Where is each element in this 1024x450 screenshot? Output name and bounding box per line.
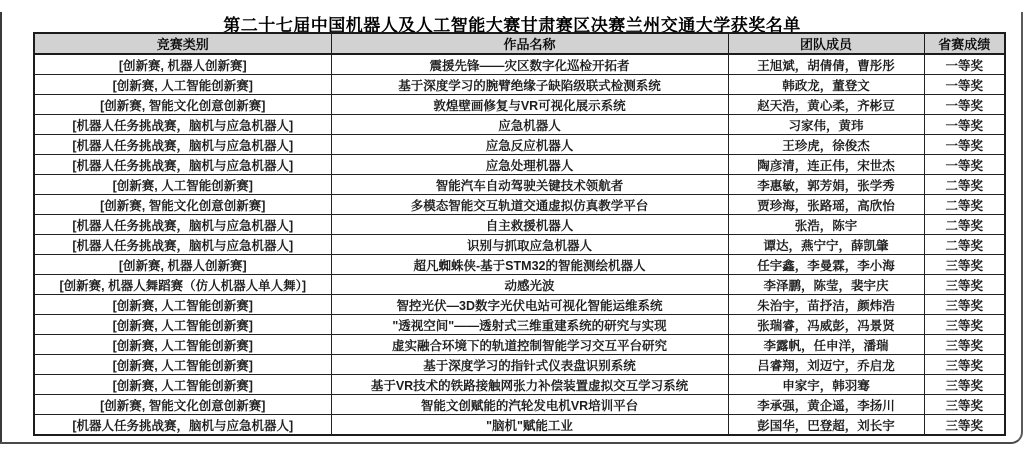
cell-category: [创新赛, 机器人舞蹈赛（仿人机器人单人舞）] bbox=[34, 275, 331, 295]
cell-category: [创新赛, 智能文化创意创新赛] bbox=[34, 195, 331, 215]
cell-award: 一等奖 bbox=[924, 75, 1005, 95]
cell-work-name: 基于VR技术的铁路接触网张力补偿装置虚拟交互学习系统 bbox=[331, 375, 728, 395]
cell-category: [创新赛, 人工智能创新赛] bbox=[34, 295, 331, 315]
cell-team-members: 王旭斌，胡倩倩，曹彤彤 bbox=[728, 54, 924, 75]
cell-category: [机器人任务挑战赛，脑机与应急机器人] bbox=[34, 135, 331, 155]
cell-work-name: 动感光波 bbox=[331, 275, 728, 295]
cell-category: [创新赛, 智能文化创意创新赛] bbox=[34, 95, 331, 115]
cell-category: [机器人任务挑战赛，脑机与应急机器人] bbox=[34, 215, 331, 235]
table-row: [创新赛, 机器人创新赛]超凡蜘蛛侠-基于STM32的智能测绘机器人任宇鑫，李曼… bbox=[34, 255, 1005, 275]
table-row: [创新赛, 机器人创新赛]震援先锋——灾区数字化巡检开拓者王旭斌，胡倩倩，曹彤彤… bbox=[34, 54, 1005, 75]
cell-category: [机器人任务挑战赛，脑机与应急机器人] bbox=[34, 235, 331, 255]
cell-team-members: 贾珍海，张路瑶，高欣怡 bbox=[728, 195, 924, 215]
cell-team-members: 李露帆，任申洋，潘瑞 bbox=[728, 335, 924, 355]
cell-category: [机器人任务挑战赛，脑机与应急机器人] bbox=[34, 415, 331, 436]
cell-work-name: 基于深度学习的指针式仪表盘识别系统 bbox=[331, 355, 728, 375]
cell-team-members: 张瑞睿，冯威彭，冯景贤 bbox=[728, 315, 924, 335]
column-header-category: 竞赛类别 bbox=[34, 33, 331, 54]
cell-team-members: 谭达，燕宁宁，薛凯肇 bbox=[728, 235, 924, 255]
cell-award: 二等奖 bbox=[924, 215, 1005, 235]
cell-team-members: 吕睿翔，刘迈宁，乔启龙 bbox=[728, 355, 924, 375]
cell-team-members: 王珍虎，徐俊杰 bbox=[728, 135, 924, 155]
cell-team-members: 习家伟，黄玮 bbox=[728, 115, 924, 135]
cell-category: [创新赛, 人工智能创新赛] bbox=[34, 175, 331, 195]
cell-award: 三等奖 bbox=[924, 355, 1005, 375]
table-row: [创新赛, 人工智能创新赛]基于深度学习的指针式仪表盘识别系统吕睿翔，刘迈宁，乔… bbox=[34, 355, 1005, 375]
cell-team-members: 朱治宇，苗抒洁，颜炜浩 bbox=[728, 295, 924, 315]
cell-award: 一等奖 bbox=[924, 135, 1005, 155]
award-list-page: 第二十七届中国机器人及人工智能大赛甘肃赛区决赛兰州交通大学获奖名单 竞赛类别 作… bbox=[0, 0, 1024, 450]
cell-award: 一等奖 bbox=[924, 155, 1005, 175]
cell-work-name: 应急机器人 bbox=[331, 115, 728, 135]
cell-team-members: 韩政龙，董登文 bbox=[728, 75, 924, 95]
table-body: [创新赛, 机器人创新赛]震援先锋——灾区数字化巡检开拓者王旭斌，胡倩倩，曹彤彤… bbox=[34, 54, 1005, 435]
cell-award: 一等奖 bbox=[924, 95, 1005, 115]
cell-work-name: 智能汽车自动驾驶关键技术领航者 bbox=[331, 175, 728, 195]
cell-award: 三等奖 bbox=[924, 255, 1005, 275]
cell-work-name: 震援先锋——灾区数字化巡检开拓者 bbox=[331, 54, 728, 75]
cell-category: [创新赛, 人工智能创新赛] bbox=[34, 335, 331, 355]
cell-category: [创新赛, 人工智能创新赛] bbox=[34, 355, 331, 375]
award-table: 竞赛类别 作品名称 团队成员 省赛成绩 [创新赛, 机器人创新赛]震援先锋——灾… bbox=[33, 32, 1006, 436]
table-row: [机器人任务挑战赛，脑机与应急机器人]应急反应机器人王珍虎，徐俊杰一等奖 bbox=[34, 135, 1005, 155]
table-row: [创新赛, 人工智能创新赛]"透视空间"——透射式三维重建系统的研究与实现张瑞睿… bbox=[34, 315, 1005, 335]
cell-team-members: 任宇鑫，李曼霖，李小海 bbox=[728, 255, 924, 275]
cell-award: 三等奖 bbox=[924, 395, 1005, 415]
cell-work-name: 超凡蜘蛛侠-基于STM32的智能测绘机器人 bbox=[331, 255, 728, 275]
table-row: [机器人任务挑战赛，脑机与应急机器人]"脑机"赋能工业彭国华，巴登超，刘长宇三等… bbox=[34, 415, 1005, 436]
cell-category: [创新赛, 机器人创新赛] bbox=[34, 255, 331, 275]
cell-category: [创新赛, 智能文化创意创新赛] bbox=[34, 395, 331, 415]
column-header-award: 省赛成绩 bbox=[924, 33, 1005, 54]
cell-award: 三等奖 bbox=[924, 335, 1005, 355]
table-row: [创新赛, 智能文化创意创新赛]敦煌壁画修复与VR可视化展示系统赵天浩，黄心柔，… bbox=[34, 95, 1005, 115]
table-row: [创新赛, 智能文化创意创新赛]多模态智能交互轨道交通虚拟仿真教学平台贾珍海，张… bbox=[34, 195, 1005, 215]
cell-work-name: 识别与抓取应急机器人 bbox=[331, 235, 728, 255]
table-row: [机器人任务挑战赛，脑机与应急机器人]应急处理机器人陶彦清，连正伟，宋世杰一等奖 bbox=[34, 155, 1005, 175]
cell-award: 三等奖 bbox=[924, 315, 1005, 335]
cell-team-members: 赵天浩，黄心柔，齐彬豆 bbox=[728, 95, 924, 115]
cell-work-name: 基于深度学习的腕臂绝缘子缺陷级联式检测系统 bbox=[331, 75, 728, 95]
cell-category: [创新赛, 人工智能创新赛] bbox=[34, 375, 331, 395]
cell-work-name: 敦煌壁画修复与VR可视化展示系统 bbox=[331, 95, 728, 115]
table-row: [机器人任务挑战赛，脑机与应急机器人]识别与抓取应急机器人谭达，燕宁宁，薛凯肇二… bbox=[34, 235, 1005, 255]
cell-work-name: 自主救援机器人 bbox=[331, 215, 728, 235]
cell-team-members: 李惠敏，郭芳娟，张学秀 bbox=[728, 175, 924, 195]
cell-award: 二等奖 bbox=[924, 235, 1005, 255]
cell-award: 三等奖 bbox=[924, 275, 1005, 295]
cell-team-members: 陶彦清，连正伟，宋世杰 bbox=[728, 155, 924, 175]
cell-category: [创新赛, 人工智能创新赛] bbox=[34, 315, 331, 335]
column-header-work: 作品名称 bbox=[331, 33, 728, 54]
cell-team-members: 李承强，黄企遥，李扬川 bbox=[728, 395, 924, 415]
table-row: [创新赛, 人工智能创新赛]基于深度学习的腕臂绝缘子缺陷级联式检测系统韩政龙，董… bbox=[34, 75, 1005, 95]
table-row: [机器人任务挑战赛，脑机与应急机器人]应急机器人习家伟，黄玮一等奖 bbox=[34, 115, 1005, 135]
table-row: [创新赛, 智能文化创意创新赛]智能文创赋能的汽轮发电机VR培训平台李承强，黄企… bbox=[34, 395, 1005, 415]
cell-award: 三等奖 bbox=[924, 295, 1005, 315]
cell-award: 二等奖 bbox=[924, 175, 1005, 195]
table-row: [创新赛, 人工智能创新赛]智控光伏—3D数字光伏电站可视化智能运维系统朱治宇，… bbox=[34, 295, 1005, 315]
table-row: [创新赛, 人工智能创新赛]虚实融合环境下的轨道控制智能学习交互平台研究李露帆，… bbox=[34, 335, 1005, 355]
cell-team-members: 李泽鹏，陈莹，裴宇庆 bbox=[728, 275, 924, 295]
cell-category: [创新赛, 人工智能创新赛] bbox=[34, 75, 331, 95]
table-row: [机器人任务挑战赛，脑机与应急机器人]自主救援机器人张浩，陈宇二等奖 bbox=[34, 215, 1005, 235]
cell-award: 三等奖 bbox=[924, 415, 1005, 436]
cell-work-name: 智能文创赋能的汽轮发电机VR培训平台 bbox=[331, 395, 728, 415]
cell-work-name: 多模态智能交互轨道交通虚拟仿真教学平台 bbox=[331, 195, 728, 215]
cell-work-name: 应急处理机器人 bbox=[331, 155, 728, 175]
table-row: [创新赛, 人工智能创新赛]基于VR技术的铁路接触网张力补偿装置虚拟交互学习系统… bbox=[34, 375, 1005, 395]
cell-work-name: 虚实融合环境下的轨道控制智能学习交互平台研究 bbox=[331, 335, 728, 355]
cell-category: [机器人任务挑战赛，脑机与应急机器人] bbox=[34, 155, 331, 175]
cell-category: [机器人任务挑战赛，脑机与应急机器人] bbox=[34, 115, 331, 135]
cell-team-members: 申家宇，韩羽骞 bbox=[728, 375, 924, 395]
cell-work-name: "透视空间"——透射式三维重建系统的研究与实现 bbox=[331, 315, 728, 335]
header-row: 竞赛类别 作品名称 团队成员 省赛成绩 bbox=[34, 33, 1005, 54]
cell-work-name: "脑机"赋能工业 bbox=[331, 415, 728, 436]
cell-award: 一等奖 bbox=[924, 54, 1005, 75]
table-row: [创新赛, 人工智能创新赛]智能汽车自动驾驶关键技术领航者李惠敏，郭芳娟，张学秀… bbox=[34, 175, 1005, 195]
cell-work-name: 智控光伏—3D数字光伏电站可视化智能运维系统 bbox=[331, 295, 728, 315]
cell-award: 一等奖 bbox=[924, 115, 1005, 135]
table-header: 竞赛类别 作品名称 团队成员 省赛成绩 bbox=[34, 33, 1005, 54]
cell-award: 二等奖 bbox=[924, 195, 1005, 215]
cell-work-name: 应急反应机器人 bbox=[331, 135, 728, 155]
column-header-members: 团队成员 bbox=[728, 33, 924, 54]
cell-category: [创新赛, 机器人创新赛] bbox=[34, 54, 331, 75]
cell-award: 三等奖 bbox=[924, 375, 1005, 395]
cell-team-members: 张浩，陈宇 bbox=[728, 215, 924, 235]
table-row: [创新赛, 机器人舞蹈赛（仿人机器人单人舞）]动感光波李泽鹏，陈莹，裴宇庆三等奖 bbox=[34, 275, 1005, 295]
cell-team-members: 彭国华，巴登超，刘长宇 bbox=[728, 415, 924, 436]
